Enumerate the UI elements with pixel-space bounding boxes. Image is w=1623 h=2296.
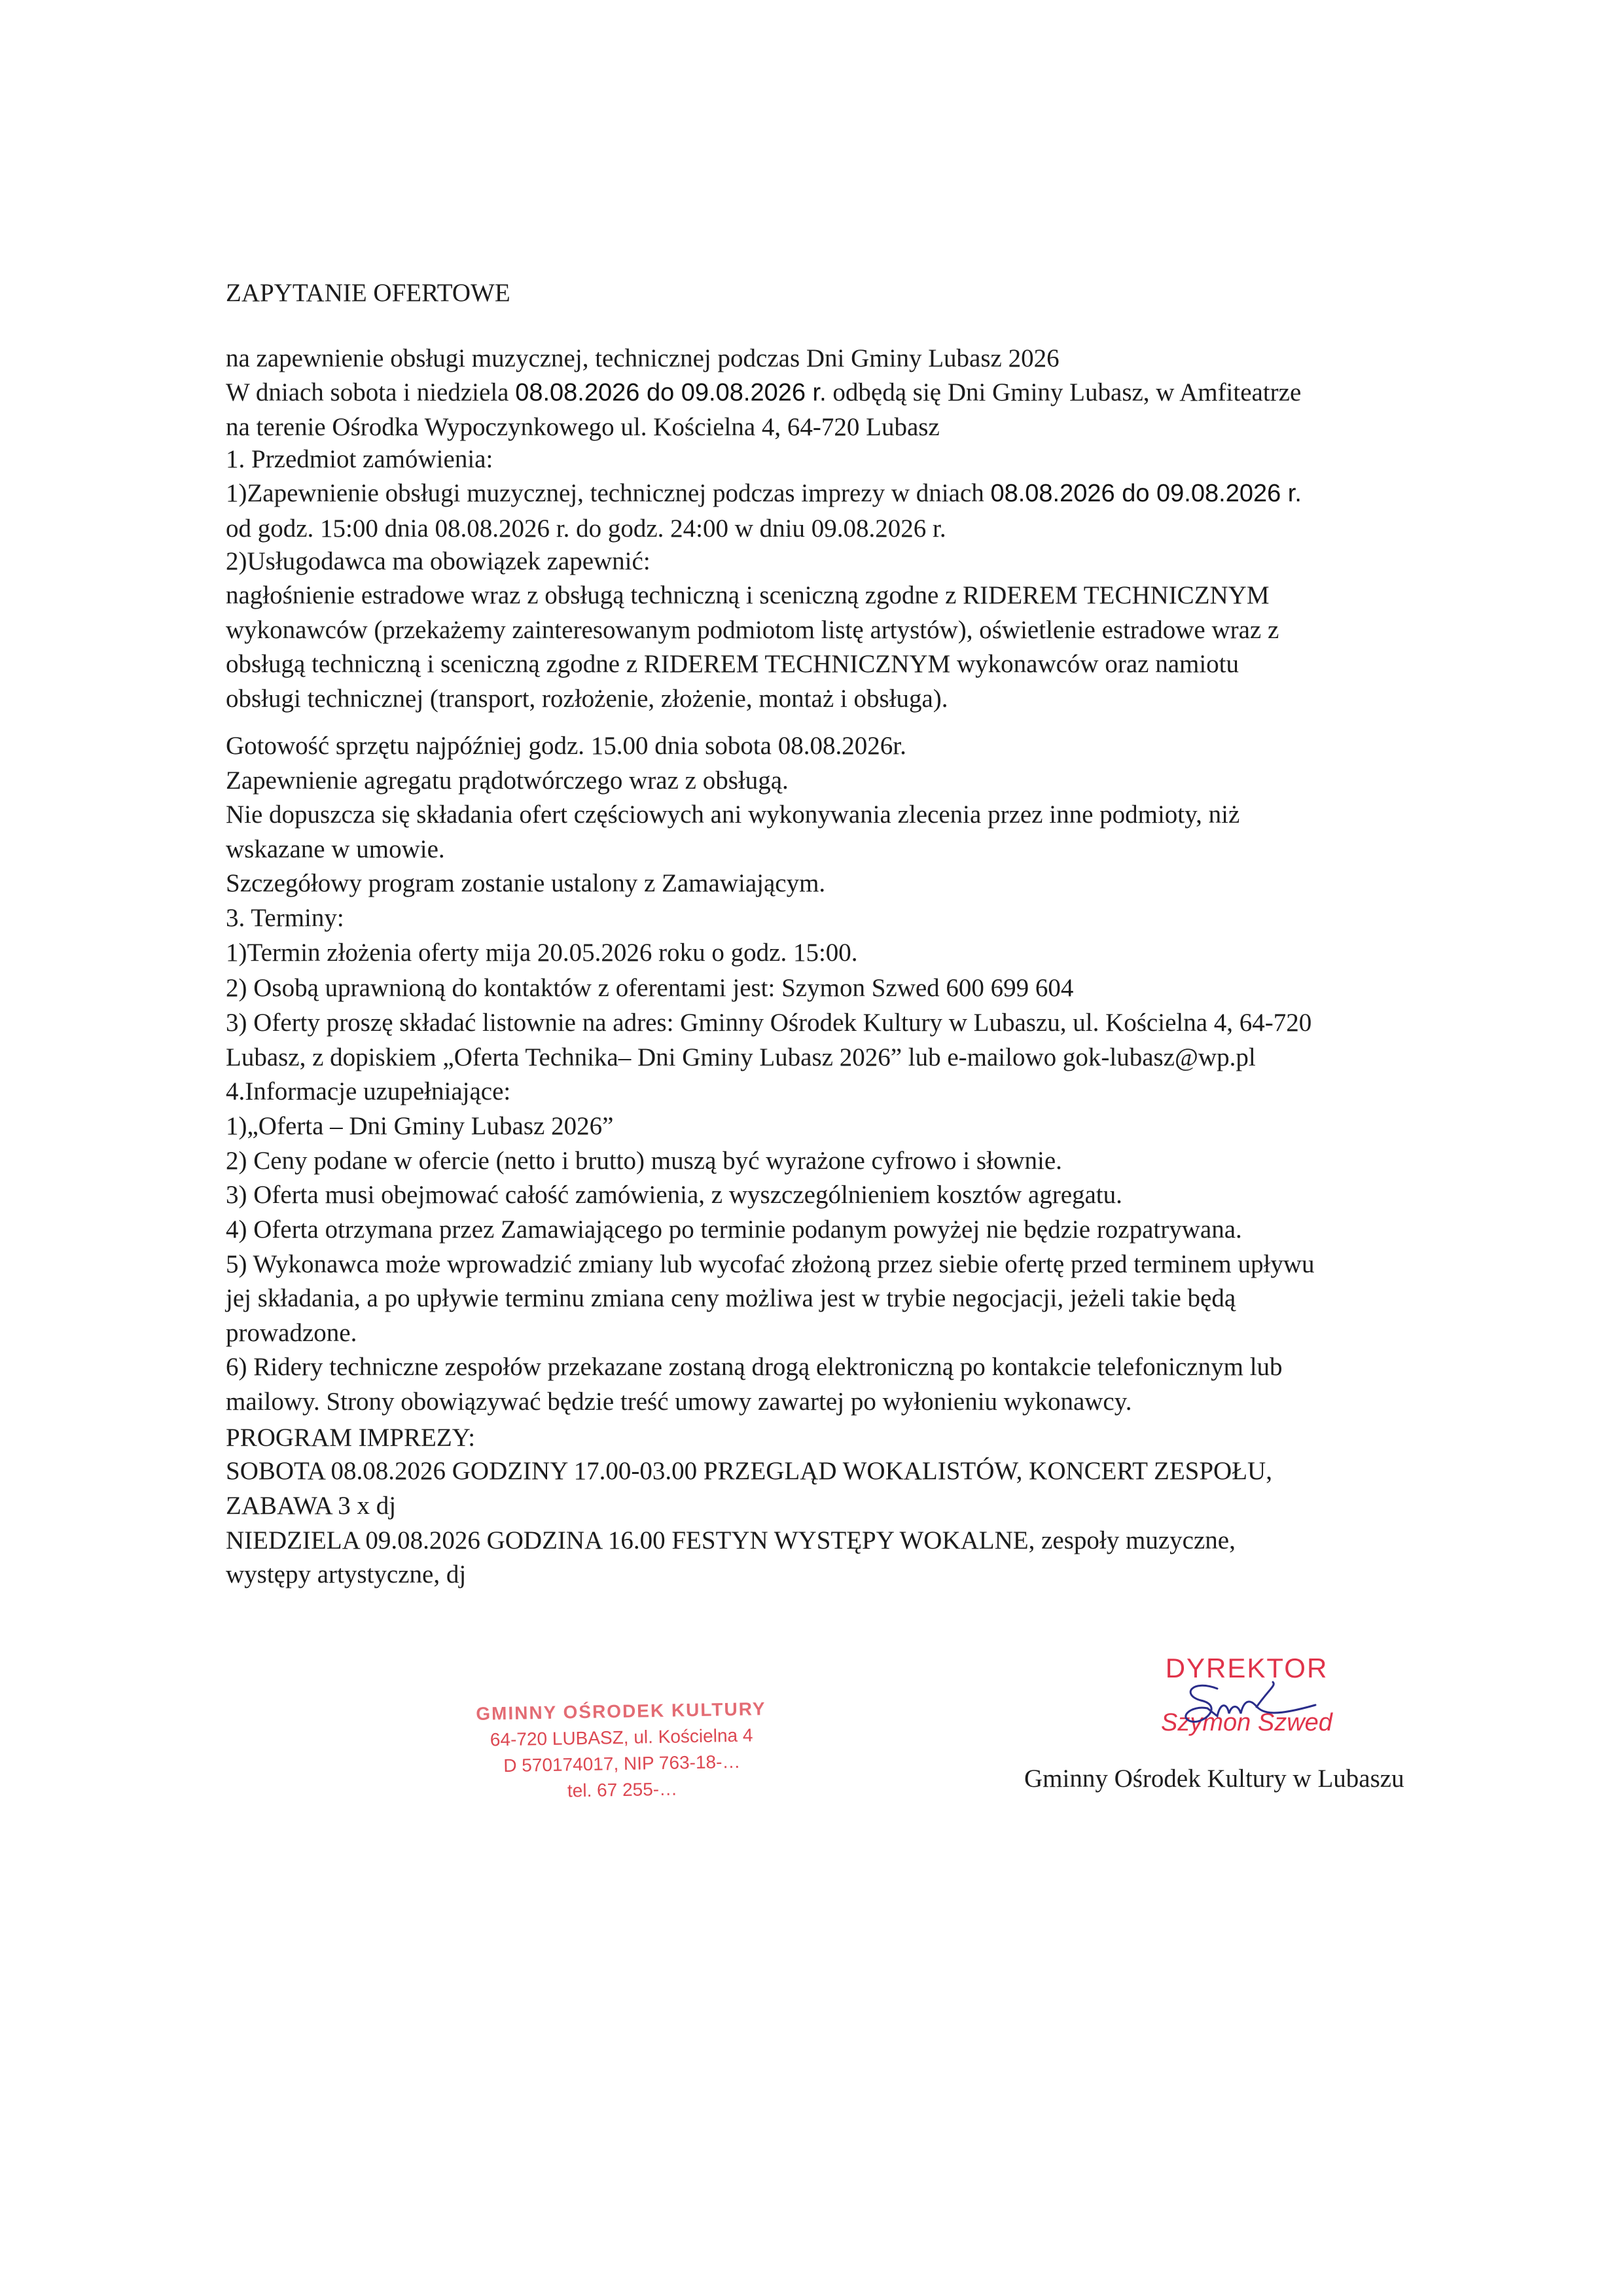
document-line: jej składania, a po upływie terminu zmia… xyxy=(226,1285,1236,1311)
document-line: 6) Ridery techniczne zespołów przekazane… xyxy=(226,1354,1283,1380)
document-line: 3) Oferta musi obejmować całość zamówien… xyxy=(226,1182,1122,1208)
document-line: 1. Przedmiot zamówienia: xyxy=(226,446,493,472)
highlighted-date-range: 08.08.2026 do 09.08.2026 r. xyxy=(515,379,826,406)
text-segment: występy artystyczne, dj xyxy=(226,1560,466,1588)
text-segment: od godz. 15:00 dnia 08.08.2026 r. do god… xyxy=(226,514,946,543)
document-line: ZABAWA 3 x dj xyxy=(226,1493,396,1518)
document-line: obsługi technicznej (transport, rozłożen… xyxy=(226,686,948,711)
text-segment: 1)Termin złożenia oferty mija 20.05.2026… xyxy=(226,939,858,967)
document-line: 4) Oferta otrzymana przez Zamawiającego … xyxy=(226,1217,1242,1242)
text-segment: Lubasz, z dopiskiem „Oferta Technika– Dn… xyxy=(226,1043,1256,1071)
text-segment: nagłośnienie estradowe wraz z obsługą te… xyxy=(226,581,1270,609)
document-line: Zapewnienie agregatu prądotwórczego wraz… xyxy=(226,768,789,793)
text-segment: 2) Ceny podane w ofercie (netto i brutto… xyxy=(226,1147,1062,1175)
text-segment: wskazane w umowie. xyxy=(226,835,445,863)
text-segment: na zapewnienie obsługi muzycznej, techni… xyxy=(226,344,1060,372)
document-line: Gotowość sprzętu najpóźniej godz. 15.00 … xyxy=(226,733,906,759)
text-segment: Gotowość sprzętu najpóźniej godz. 15.00 … xyxy=(226,732,906,760)
text-segment: odbędą się Dni Gminy Lubasz, w Amfiteatr… xyxy=(827,378,1302,406)
document-line: na terenie Ośrodka Wypoczynkowego ul. Ko… xyxy=(226,414,940,440)
document-line: 3) Oferty proszę składać listownie na ad… xyxy=(226,1010,1311,1035)
text-segment: Nie dopuszcza się składania ofert części… xyxy=(226,800,1240,829)
document-line: prowadzone. xyxy=(226,1320,357,1346)
text-segment: 1)„Oferta – Dni Gminy Lubasz 2026” xyxy=(226,1112,613,1140)
text-segment: obsługi technicznej (transport, rozłożen… xyxy=(226,685,948,713)
text-segment: 6) Ridery techniczne zespołów przekazane… xyxy=(226,1353,1283,1381)
text-segment: Zapewnienie agregatu prądotwórczego wraz… xyxy=(226,766,789,795)
text-segment: 3) Oferta musi obejmować całość zamówien… xyxy=(226,1181,1122,1209)
document-line: od godz. 15:00 dnia 08.08.2026 r. do god… xyxy=(226,516,946,541)
text-segment: wykonawców (przekażemy zainteresowanym p… xyxy=(226,616,1279,644)
organization-name: Gminny Ośrodek Kultury w Lubaszu xyxy=(1024,1764,1404,1793)
text-segment: 2) Osobą uprawnioną do kontaktów z ofere… xyxy=(226,974,1073,1002)
document-line: 2) Ceny podane w ofercie (netto i brutto… xyxy=(226,1148,1062,1174)
document-line: 1)Termin złożenia oferty mija 20.05.2026… xyxy=(226,940,858,965)
text-segment: mailowy. Strony obowiązywać będzie treść… xyxy=(226,1388,1132,1416)
text-segment: Szczegółowy program zostanie ustalony z … xyxy=(226,869,825,897)
document-line: nagłośnienie estradowe wraz z obsługą te… xyxy=(226,583,1270,608)
text-segment: obsługą techniczną i sceniczną zgodne z … xyxy=(226,650,1239,678)
text-segment: ZABAWA 3 x dj xyxy=(226,1492,396,1520)
document-line: obsługą techniczną i sceniczną zgodne z … xyxy=(226,651,1239,677)
document-page: ZAPYTANIE OFERTOWE na zapewnienie obsług… xyxy=(0,0,1623,2296)
document-title: ZAPYTANIE OFERTOWE xyxy=(226,280,510,306)
document-line: 1)Zapewnienie obsługi muzycznej, technic… xyxy=(226,480,1302,506)
text-segment: 2)Usługodawca ma obowiązek zapewnić: xyxy=(226,547,651,575)
document-line: 2)Usługodawca ma obowiązek zapewnić: xyxy=(226,548,651,574)
text-segment: W dniach sobota i niedziela xyxy=(226,378,515,406)
text-segment: 3) Oferty proszę składać listownie na ad… xyxy=(226,1009,1311,1037)
text-segment: 4.Informacje uzupełniające: xyxy=(226,1077,510,1105)
text-segment: SOBOTA 08.08.2026 GODZINY 17.00-03.00 PR… xyxy=(226,1457,1272,1485)
document-line: Szczegółowy program zostanie ustalony z … xyxy=(226,870,825,896)
document-line: 1)„Oferta – Dni Gminy Lubasz 2026” xyxy=(226,1113,613,1139)
document-line: 5) Wykonawca może wprowadzić zmiany lub … xyxy=(226,1251,1314,1277)
signature-icon xyxy=(1178,1676,1361,1728)
document-line: Nie dopuszcza się składania ofert części… xyxy=(226,802,1240,827)
text-segment: 4) Oferta otrzymana przez Zamawiającego … xyxy=(226,1215,1242,1244)
document-line: wskazane w umowie. xyxy=(226,836,445,862)
document-line: mailowy. Strony obowiązywać będzie treść… xyxy=(226,1389,1132,1414)
highlighted-date-range: 08.08.2026 do 09.08.2026 r. xyxy=(990,480,1301,507)
text-segment: 5) Wykonawca może wprowadzić zmiany lub … xyxy=(226,1250,1314,1278)
text-segment: prowadzone. xyxy=(226,1319,357,1347)
text-segment: na terenie Ośrodka Wypoczynkowego ul. Ko… xyxy=(226,413,940,441)
document-line: NIEDZIELA 09.08.2026 GODZINA 16.00 FESTY… xyxy=(226,1528,1236,1553)
document-line: 4.Informacje uzupełniające: xyxy=(226,1079,510,1104)
text-segment: 1)Zapewnienie obsługi muzycznej, technic… xyxy=(226,479,990,507)
document-line: SOBOTA 08.08.2026 GODZINY 17.00-03.00 PR… xyxy=(226,1458,1272,1484)
document-line: występy artystyczne, dj xyxy=(226,1562,466,1587)
document-line: 3. Terminy: xyxy=(226,905,344,931)
text-segment: 1. Przedmiot zamówienia: xyxy=(226,445,493,473)
text-segment: PROGRAM IMPREZY: xyxy=(226,1424,475,1452)
document-line: wykonawców (przekażemy zainteresowanym p… xyxy=(226,617,1279,643)
document-line: 2) Osobą uprawnioną do kontaktów z ofere… xyxy=(226,975,1073,1001)
document-line: Lubasz, z dopiskiem „Oferta Technika– Dn… xyxy=(226,1045,1256,1070)
text-segment: NIEDZIELA 09.08.2026 GODZINA 16.00 FESTY… xyxy=(226,1526,1236,1554)
document-line: W dniach sobota i niedziela 08.08.2026 d… xyxy=(226,380,1301,405)
text-segment: jej składania, a po upływie terminu zmia… xyxy=(226,1284,1236,1312)
institution-stamp: GMINNY OŚRODEK KULTURY 64-720 LUBASZ, ul… xyxy=(451,1695,793,1806)
document-line: na zapewnienie obsługi muzycznej, techni… xyxy=(226,346,1060,371)
text-segment: 3. Terminy: xyxy=(226,904,344,932)
document-line: PROGRAM IMPREZY: xyxy=(226,1425,475,1450)
